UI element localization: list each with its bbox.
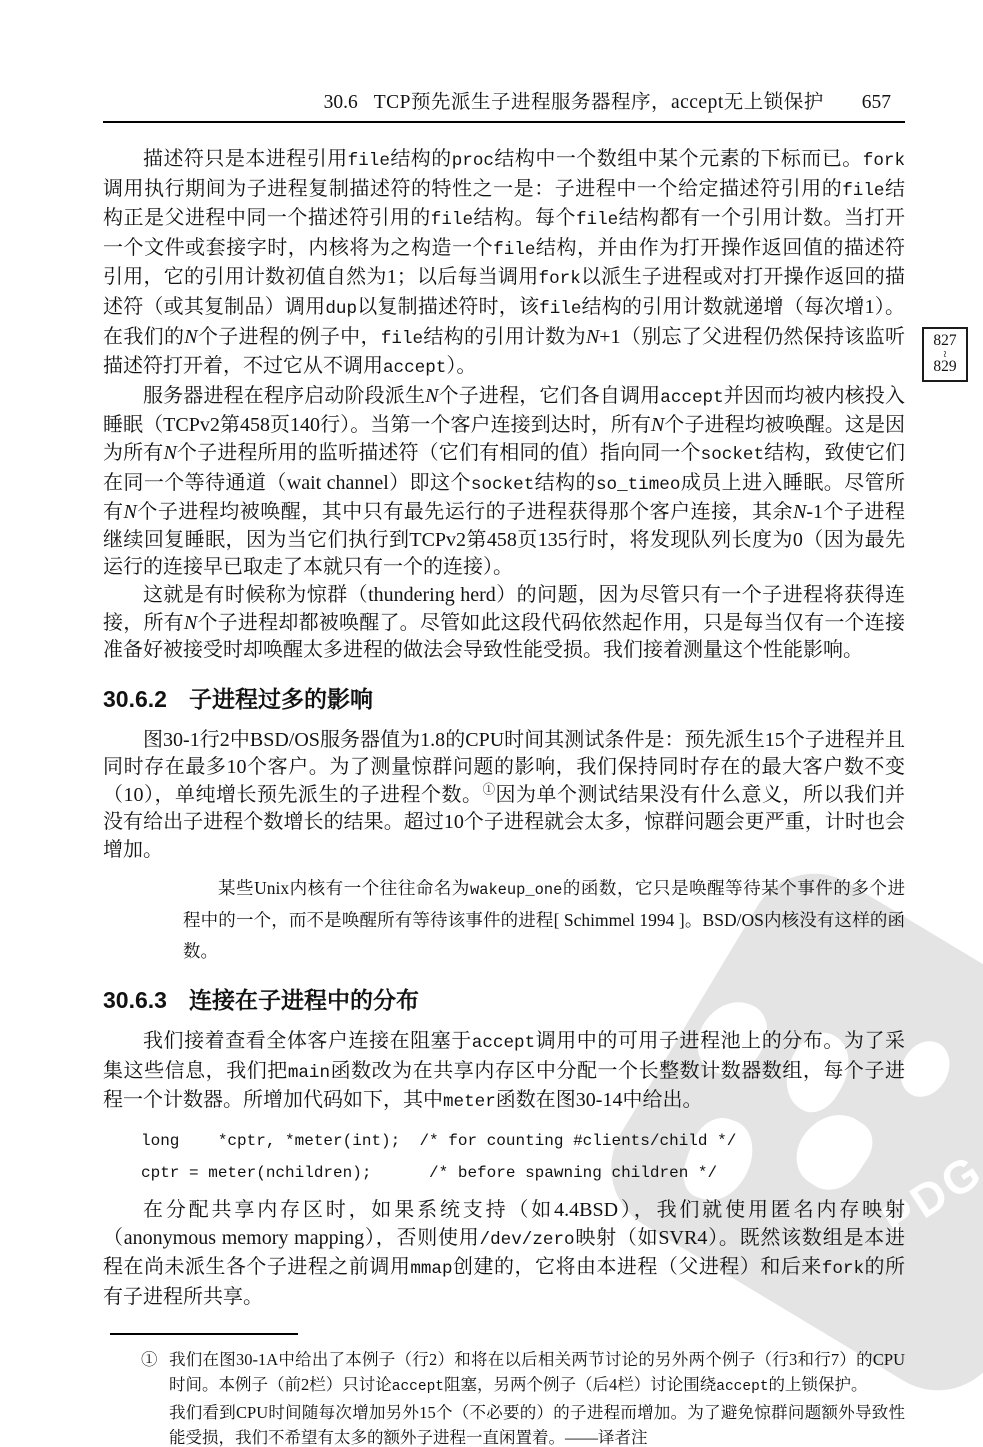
inline-code: fork xyxy=(539,269,581,289)
math-variable: N xyxy=(586,326,599,348)
text-run: 描述符只是本进程引用 xyxy=(143,148,348,170)
footnote-marker: ① xyxy=(141,1347,169,1447)
inline-code: file xyxy=(493,240,535,260)
inline-code: main xyxy=(288,1063,330,1083)
math-variable: N xyxy=(124,501,137,523)
text-run: 结构的 xyxy=(534,472,596,494)
margin-page-range-box: 827 ~ 829 xyxy=(922,327,968,382)
math-variable: N xyxy=(425,385,438,407)
inline-code: dup xyxy=(325,299,357,319)
paragraph-shared-memory: 在分配共享内存区时，如果系统支持（如4.4BSD），我们就使用匿名内存映射（an… xyxy=(103,1197,905,1311)
small-note: 某些Unix内核有一个往往命名为wakeup_one的函数，它只是唤醒等待某个事… xyxy=(183,873,905,967)
book-page: PDG 827 ~ 829 30.6 TCP预先派生子进程服务器程序，accep… xyxy=(0,0,983,1447)
inline-code: file xyxy=(842,181,884,201)
paragraph-wakeup: 服务器进程在程序启动阶段派生N个子进程，它们各自调用accept并因而均被内核投… xyxy=(103,383,905,582)
inline-code: fork xyxy=(863,151,905,171)
inline-code: accept xyxy=(383,358,446,378)
math-variable: N xyxy=(651,414,664,436)
heading-title: 连接在子进程中的分布 xyxy=(189,987,419,1013)
header-title: TCP预先派生子进程服务器程序，accept无上锁保护 xyxy=(374,86,824,114)
text-run: 服务器进程在程序启动阶段派生 xyxy=(143,385,425,407)
footnote-ref: ① xyxy=(483,782,496,796)
code-line: cptr = meter(nchildren); /* before spawn… xyxy=(141,1165,905,1181)
inline-code: file xyxy=(576,210,618,230)
text-run: 以复制描述符时，该 xyxy=(357,296,539,318)
text-run: 个子进程的例子中， xyxy=(198,326,381,348)
inline-code: file xyxy=(431,210,473,230)
text-run: 的上锁保护。 xyxy=(769,1375,868,1394)
paragraph-descriptors: 描述符只是本进程引用file结构的proc结构中一个数组中某个元素的下标而已。f… xyxy=(103,146,905,383)
margin-tilde: ~ xyxy=(940,333,950,375)
text-run: 我们看到CPU时间随每次增加另外15个（不必要的）的子进程而增加。为了避免惊群问… xyxy=(169,1403,905,1447)
inline-code: socket xyxy=(471,475,534,495)
text-run: 结构。每个 xyxy=(473,207,576,229)
header-page-number: 657 xyxy=(862,92,891,114)
header-rule xyxy=(103,121,905,123)
inline-code: fork xyxy=(822,1259,864,1279)
inline-code: /dev/zero xyxy=(480,1230,575,1250)
inline-code: accept xyxy=(660,388,723,408)
footnote-rule xyxy=(110,1333,298,1335)
text-run: 个子进程却都被唤醒了。尽管如此这段代码依然起作用，只是每当仅有一个连接准备好被接… xyxy=(103,612,905,662)
page-content: 30.6 TCP预先派生子进程服务器程序，accept无上锁保护 657 描述符… xyxy=(0,0,983,1447)
text-run: 阻塞，另两个例子（后4栏）讨论围绕 xyxy=(444,1375,716,1394)
inline-code: accept xyxy=(472,1033,535,1053)
paragraph-cpu-time: 图30-1行2中BSD/OS服务器值为1.8的CPU时间其测试条件是：预先派生1… xyxy=(103,727,905,865)
math-variable: N xyxy=(184,326,197,348)
text-run: 个子进程所用的监听描述符（它们有相同的值）指向同一个 xyxy=(177,442,701,464)
heading-title: 子进程过多的影响 xyxy=(189,686,373,712)
heading-30-6-3: 30.6.3连接在子进程中的分布 xyxy=(103,982,905,1015)
text-run: 结构中一个数组中某个元素的下标而已。 xyxy=(494,148,863,170)
inline-code: meter xyxy=(443,1092,496,1112)
text-run: 某些Unix内核有一个往往命名为 xyxy=(218,878,470,898)
text-run: 结构的 xyxy=(390,148,452,170)
text-run: 创建的，它将由本进程（父进程）和后来 xyxy=(453,1256,822,1278)
running-header: 30.6 TCP预先派生子进程服务器程序，accept无上锁保护 657 xyxy=(103,86,905,114)
inline-code: file xyxy=(539,299,581,319)
text-run: ）。 xyxy=(446,355,476,377)
text-run: 我们接着查看全体客户连接在阻塞于 xyxy=(143,1030,472,1052)
footnote-paragraph: 我们看到CPU时间随每次增加另外15个（不必要的）的子进程而增加。为了避免惊群问… xyxy=(169,1400,905,1447)
paragraph-thundering-herd: 这就是有时候称为惊群（thundering herd）的问题，因为尽管只有一个子… xyxy=(103,582,905,665)
header-section-number: 30.6 xyxy=(324,92,358,114)
inline-code: so_timeo xyxy=(596,475,680,495)
text-run: 个子进程均被唤醒，其中只有最先运行的子进程获得那个客户连接，其余 xyxy=(137,501,793,523)
paragraph-distribution: 我们接着查看全体客户连接在阻塞于accept调用中的可用子进程池上的分布。为了采… xyxy=(103,1028,905,1117)
inline-code: accept xyxy=(716,1379,768,1395)
inline-code: proc xyxy=(452,151,494,171)
inline-code: wakeup_one xyxy=(470,881,562,899)
math-variable: N xyxy=(184,612,197,634)
footnote-text: 我们在图30-1A中给出了本例子（行2）和将在以后相关两节讨论的另外两个例子（行… xyxy=(169,1347,905,1447)
inline-code: file xyxy=(348,151,390,171)
math-variable: N xyxy=(793,501,806,523)
inline-code: accept xyxy=(392,1379,444,1395)
code-block: long *cptr, *meter(int); /* for counting… xyxy=(141,1133,905,1181)
math-variable: N xyxy=(163,442,176,464)
inline-code: mmap xyxy=(410,1259,452,1279)
heading-number: 30.6.2 xyxy=(103,686,167,712)
text-run: 函数在图30-14中给出。 xyxy=(496,1089,703,1111)
heading-30-6-2: 30.6.2子进程过多的影响 xyxy=(103,681,905,714)
inline-code: file xyxy=(381,329,423,349)
inline-code: socket xyxy=(701,445,764,465)
text-run: 个子进程，它们各自调用 xyxy=(438,385,660,407)
code-line: long *cptr, *meter(int); /* for counting… xyxy=(141,1133,905,1149)
text-run: 调用执行期间为子进程复制描述符的特性之一是：子进程中一个给定描述符引用的 xyxy=(103,178,842,200)
footnote-paragraph: 我们在图30-1A中给出了本例子（行2）和将在以后相关两节讨论的另外两个例子（行… xyxy=(169,1347,905,1400)
heading-number: 30.6.3 xyxy=(103,987,167,1013)
footnote: ① 我们在图30-1A中给出了本例子（行2）和将在以后相关两节讨论的另外两个例子… xyxy=(141,1347,905,1447)
text-run: 结构的引用计数为 xyxy=(423,326,586,348)
